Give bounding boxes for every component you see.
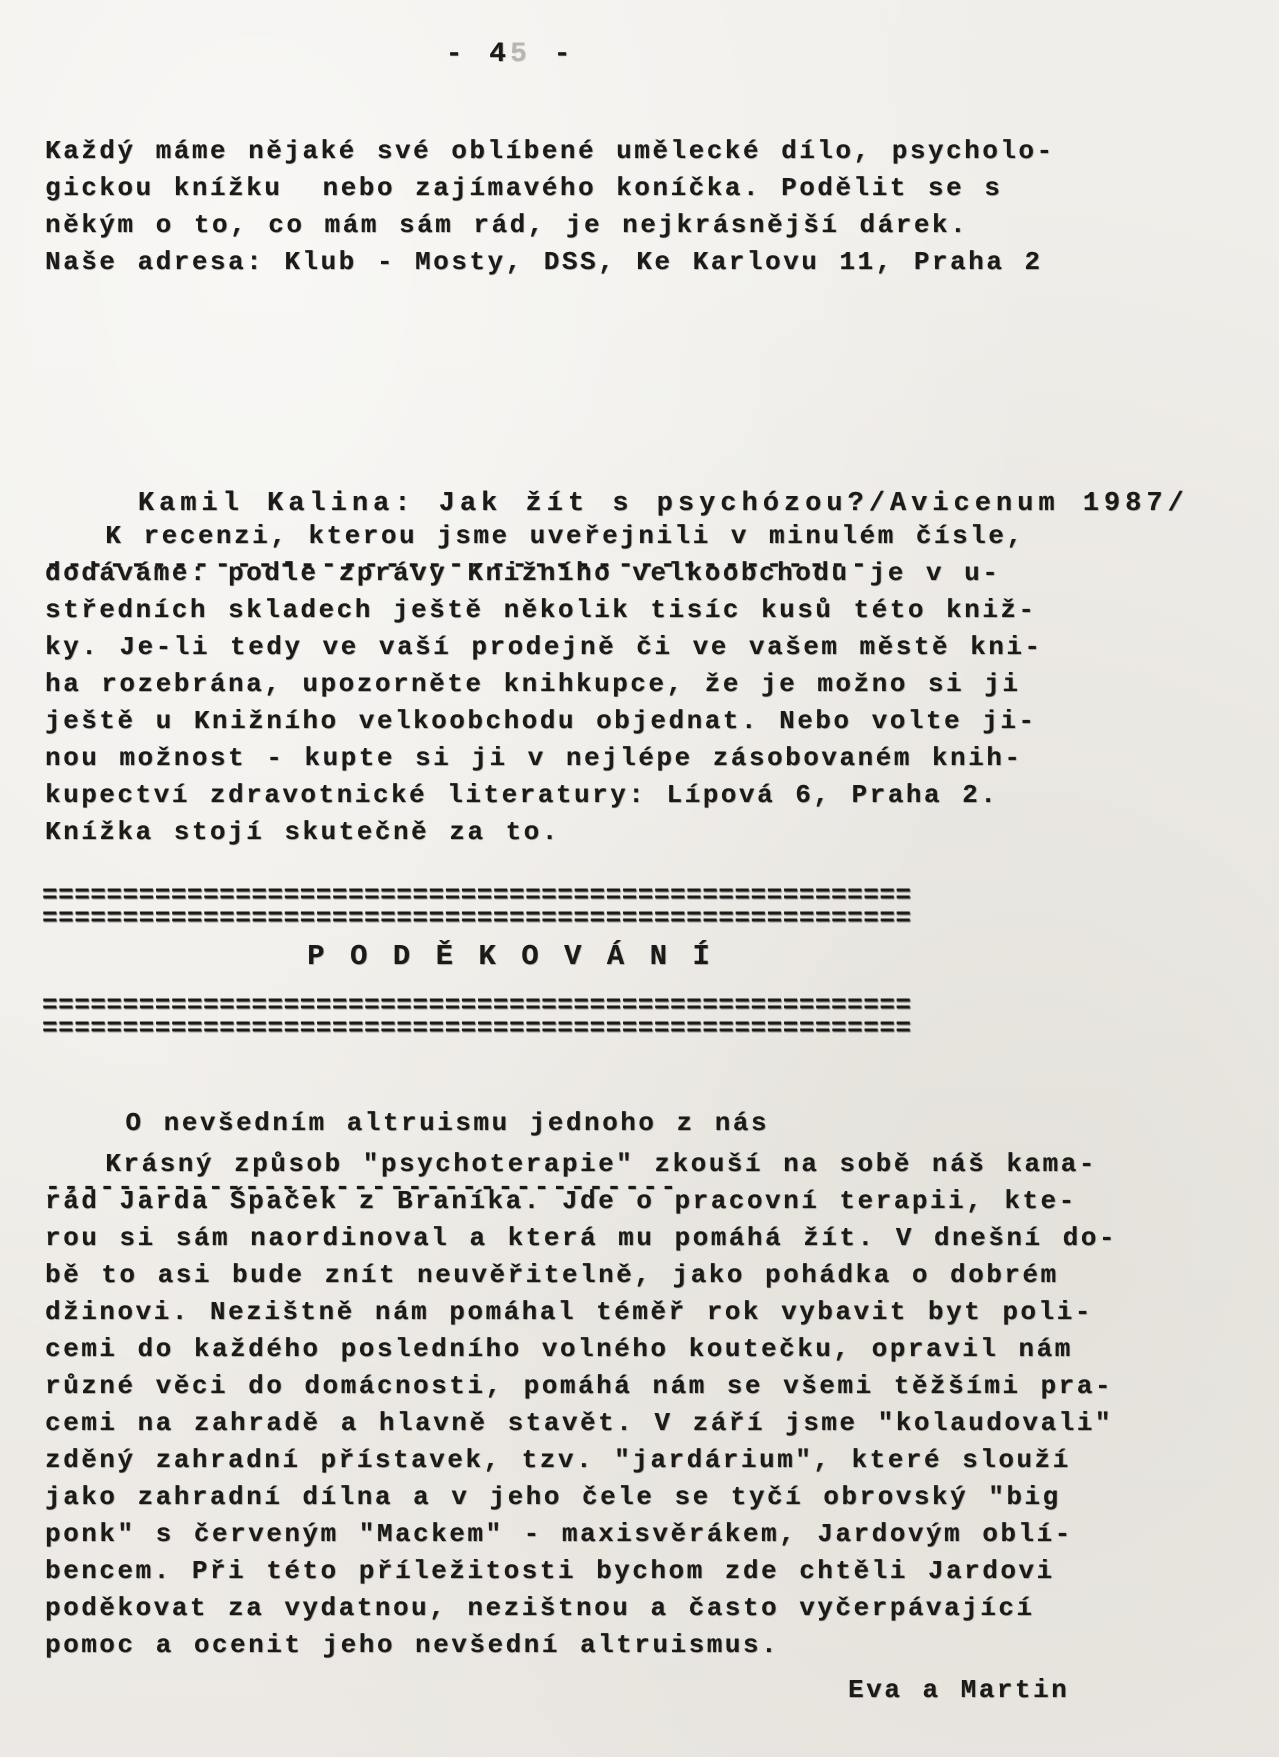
page-number: - 45 - xyxy=(45,36,975,73)
section-divider-bottom: ========================================… xyxy=(42,994,912,1040)
scanned-typewritten-page: - 45 - Každý máme nějaké své oblíbené um… xyxy=(0,0,1279,1757)
thanks-section-title: P O D Ě K O V Á N Í xyxy=(45,938,975,975)
section-divider-top: ========================================… xyxy=(42,884,912,930)
thanks-paragraph: Krásný způsob "psychoterapie" zkouší na … xyxy=(45,1146,1117,1664)
review-heading-text: Kamil Kalina: Jak žít s psychózou?/Avice… xyxy=(138,489,1189,519)
review-paragraph: K recenzi, kterou jsme uveřejnili v minu… xyxy=(45,518,1043,851)
page-number-prefix: - 4 xyxy=(446,39,510,70)
page-number-suffix: - xyxy=(531,39,575,70)
signature: Eva a Martin xyxy=(848,1672,1069,1709)
intro-paragraph: Každý máme nějaké své oblíbené umělecké … xyxy=(45,133,1055,281)
page-number-faded-digit: 5 xyxy=(510,39,531,70)
thanks-subheading-text: O nevšedním altruismu jednoho z nás xyxy=(125,1108,769,1138)
